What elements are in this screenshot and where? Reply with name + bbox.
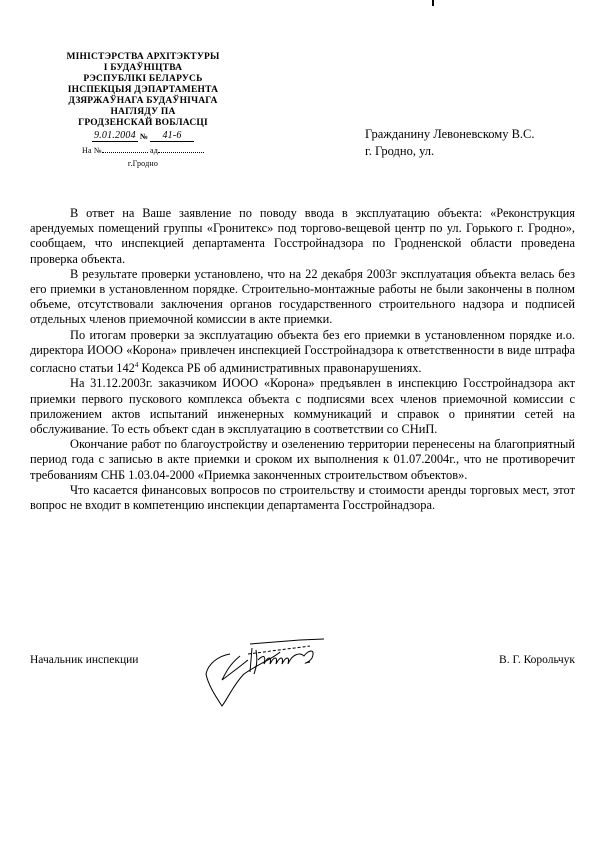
letterhead-line: І БУДАЎНІЦТВА xyxy=(58,63,228,74)
handwritten-number: 41-6 xyxy=(150,130,194,142)
signatory-title: Начальник инспекции xyxy=(30,654,138,666)
letterhead-line: МІНІСТЭРСТВА АРХІТЭКТУРЫ xyxy=(58,52,228,63)
handwritten-signature-icon xyxy=(200,634,340,709)
addressee: Гражданину Левоневскому В.С. г. Гродно, … xyxy=(365,126,535,160)
paragraph: В ответ на Ваше заявление по поводу ввод… xyxy=(30,206,575,267)
ref-prefix: На № xyxy=(82,146,102,155)
letterhead-line: РЭСПУБЛІКІ БЕЛАРУСЬ xyxy=(58,74,228,85)
letter-body: В ответ на Ваше заявление по поводу ввод… xyxy=(30,206,575,513)
addressee-name: Гражданину Левоневскому В.С. xyxy=(365,126,535,143)
ref-date-blank xyxy=(158,146,204,153)
letterhead-stamp: МІНІСТЭРСТВА АРХІТЭКТУРЫ І БУДАЎНІЦТВА Р… xyxy=(58,52,228,169)
paragraph: Что касается финансовых вопросов по стро… xyxy=(30,483,575,513)
outgoing-date-number: 9.01.2004 № 41-6 xyxy=(58,130,228,142)
paragraph: Окончание работ по благоустройству и озе… xyxy=(30,437,575,483)
letterhead-line: ІНСПЕКЦЫЯ ДЭПАРТАМЕНТА xyxy=(58,85,228,96)
paragraph: В результате проверки установлено, что н… xyxy=(30,267,575,328)
signatory-name: В. Г. Корольчук xyxy=(499,654,575,666)
scan-mark xyxy=(432,0,434,6)
number-label: № xyxy=(140,131,148,142)
letterhead-line: ДЗЯРЖАЎНАГА БУДАЎНІЧАГА xyxy=(58,96,228,107)
paragraph-text: Кодекса РБ об административных правонару… xyxy=(138,361,421,375)
reference-line: На № ад xyxy=(58,145,228,156)
letterhead-line: НАГЛЯДУ ПА xyxy=(58,107,228,118)
city: г.Гродно xyxy=(58,158,228,169)
ref-number-blank xyxy=(102,146,148,153)
paragraph: По итогам проверки за эксплуатацию объек… xyxy=(30,328,575,377)
letterhead-line: ГРОДЗЕНСКАЙ ВОБЛАСЦІ xyxy=(58,118,228,129)
addressee-address: г. Гродно, ул. xyxy=(365,143,535,160)
ref-from: ад xyxy=(150,146,158,155)
signature-block: Начальник инспекции В. Г. Корольчук xyxy=(30,650,575,710)
paragraph: На 31.12.2003г. заказчиком ИООО «Корона»… xyxy=(30,376,575,437)
handwritten-date: 9.01.2004 xyxy=(92,130,138,142)
